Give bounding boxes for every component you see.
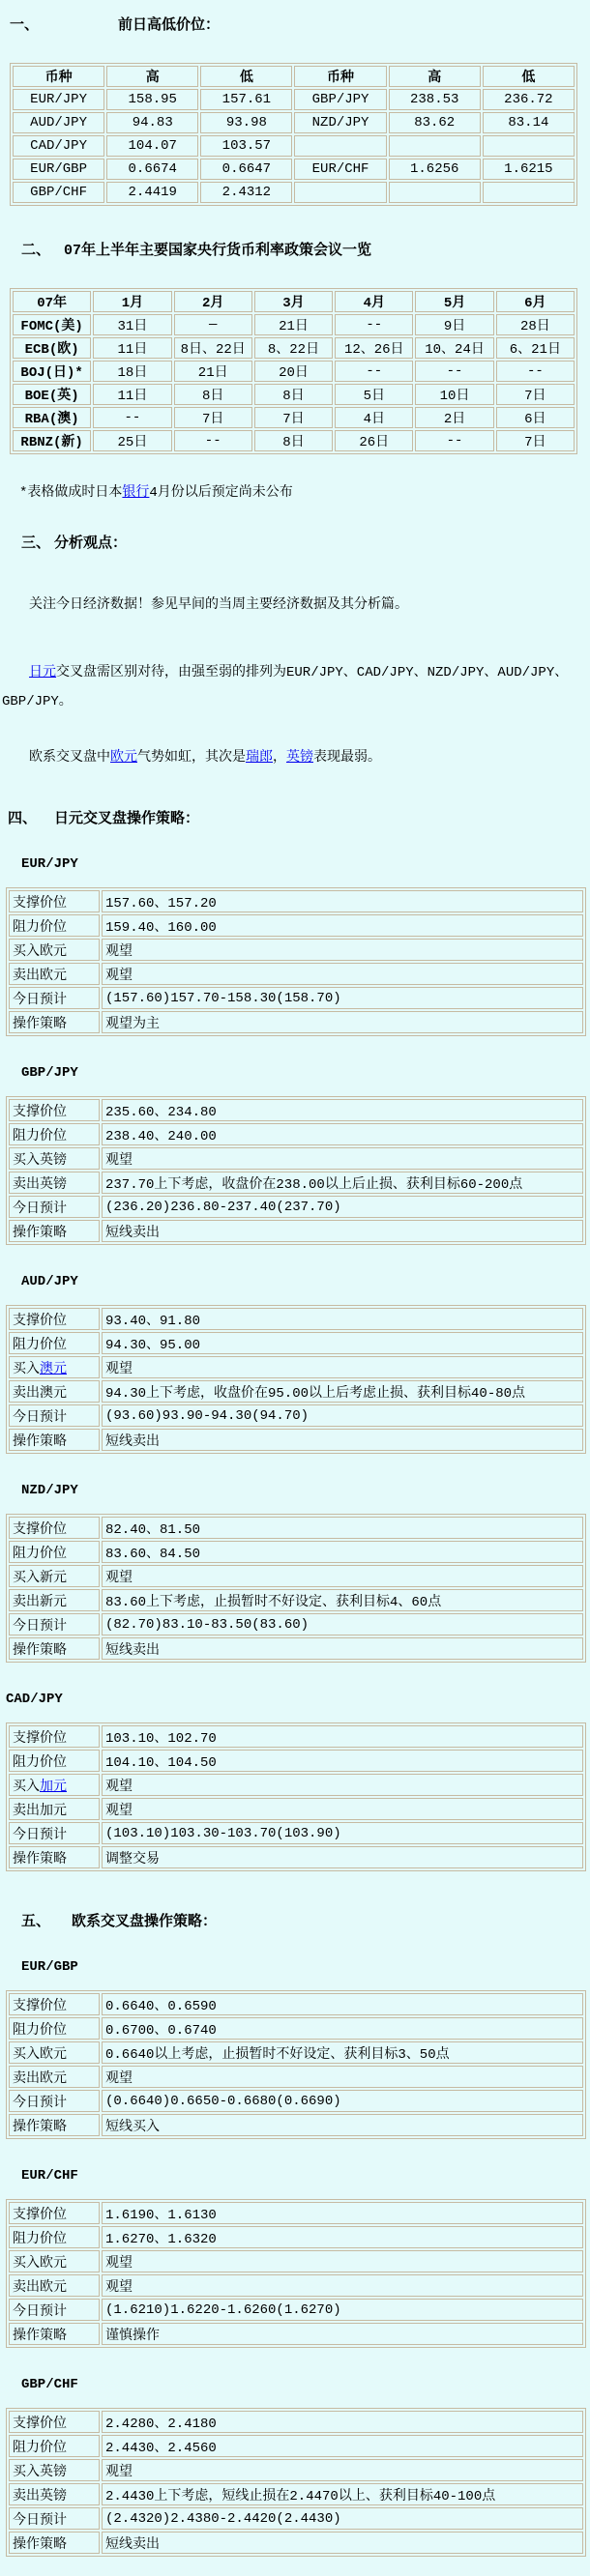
table-cell: 操作策略 <box>9 1220 100 1242</box>
table-cell: 94.30、95.00 <box>102 1332 583 1354</box>
table-cell: 2.4430上下考虑，短线止损在2.4470以上、获利目标40-100点 <box>102 2483 583 2505</box>
table-cell: 卖出欧元 <box>9 963 100 985</box>
table-cell: 今日预计 <box>9 2090 100 2112</box>
table-cell: 阻力价位 <box>9 914 100 937</box>
table-cell: RBNZ(新) <box>13 430 91 451</box>
table-cell: 买入澳元 <box>9 1356 100 1378</box>
table-cell: 157.61 <box>200 89 292 110</box>
table-cell: 235.60、234.80 <box>102 1099 583 1121</box>
table-cell: 104.07 <box>106 135 198 157</box>
table-cell: 买入英镑 <box>9 1147 100 1170</box>
table-cell: 2.4419 <box>106 182 198 203</box>
pair-title-eurchf: EUR/CHF <box>21 2168 590 2184</box>
table-cell: 操作策略 <box>9 2114 100 2136</box>
table-cell: 买入英镑 <box>9 2459 100 2481</box>
prev-day-high-low-table: 币种高低币种高低EUR/JPY158.95157.61GBP/JPY238.53… <box>10 63 577 206</box>
table-cell: 今日预计 <box>9 1822 100 1844</box>
table-cell: 今日预计 <box>9 1613 100 1635</box>
table-cell: 观望 <box>102 2250 583 2272</box>
table-cell: NZD/JPY <box>294 112 386 133</box>
inline-link[interactable]: 澳元 <box>40 1362 67 1377</box>
table-cell: 10、24日 <box>415 337 493 359</box>
column-header: 2月 <box>174 291 252 312</box>
strategy-table-cadjpy: 支撑价位103.10、102.70阻力价位104.10、104.50买入加元观望… <box>6 1722 586 1871</box>
column-header: 低 <box>483 66 575 87</box>
analysis-p3-mid1: 气势如虹，其次是 <box>137 750 246 766</box>
table-cell: -- <box>496 361 575 382</box>
table-cell: GBP/CHF <box>13 182 104 203</box>
table-cell: 阻力价位 <box>9 1123 100 1145</box>
table-cell: 8日 <box>254 384 333 405</box>
section3-title: 分析观点： <box>54 535 127 552</box>
table-cell <box>389 182 481 203</box>
footnote-text-post: 4月份以后预定尚未公布 <box>149 485 292 501</box>
table-cell: 短线买入 <box>102 2114 583 2136</box>
table-cell: 买入欧元 <box>9 939 100 961</box>
section4-title: 日元交叉盘操作策略： <box>54 811 199 827</box>
table-cell: 今日预计 <box>9 987 100 1009</box>
column-header: 低 <box>200 66 292 87</box>
table-cell: ECB(欧) <box>13 337 91 359</box>
table-cell: 1.6215 <box>483 159 575 180</box>
column-header: 3月 <box>254 291 333 312</box>
table-cell: 卖出英镑 <box>9 1172 100 1194</box>
analysis-p3-mid2: ， <box>273 750 286 766</box>
table-cell: 238.53 <box>389 89 481 110</box>
table-cell: 20日 <box>254 361 333 382</box>
table-cell: -- <box>335 361 413 382</box>
table-cell: 103.57 <box>200 135 292 157</box>
table-cell: 卖出新元 <box>9 1589 100 1611</box>
table-cell: 支撑价位 <box>9 1517 100 1539</box>
strategy-table-eurgbp: 支撑价位0.6640、0.6590阻力价位0.6700、0.6740买入欧元0.… <box>6 1990 586 2139</box>
forex-daily-report: 一、前日高低价位： 币种高低币种高低EUR/JPY158.95157.61GBP… <box>0 14 590 2557</box>
table-cell: 支撑价位 <box>9 1099 100 1121</box>
table-cell: (93.60)93.90-94.30(94.70) <box>102 1404 583 1427</box>
table-cell: 6、21日 <box>496 337 575 359</box>
section1-number: 一、 <box>10 17 39 34</box>
table-cell <box>483 135 575 157</box>
section4-heading: 四、日元交叉盘操作策略： <box>8 807 590 827</box>
table-cell: 短线卖出 <box>102 1220 583 1242</box>
table-cell: 6日 <box>496 407 575 428</box>
table-cell: 104.10、104.50 <box>102 1750 583 1772</box>
table-cell: 2.4312 <box>200 182 292 203</box>
table-cell: 观望 <box>102 1565 583 1587</box>
table-cell: 支撑价位 <box>9 1993 100 2015</box>
table-cell: 卖出欧元 <box>9 2274 100 2297</box>
table-cell: 157.60、157.20 <box>102 890 583 912</box>
table-cell: 观望 <box>102 1798 583 1820</box>
table-cell: 卖出欧元 <box>9 2066 100 2088</box>
column-header: 高 <box>106 66 198 87</box>
table-cell: 93.40、91.80 <box>102 1308 583 1330</box>
pair-title-eurgbp: EUR/GBP <box>21 1959 590 1975</box>
analysis-paragraph-3: 欧系交叉盘中欧元气势如虹，其次是瑞郎，英镑表现最弱。 <box>2 743 590 772</box>
column-header: 6月 <box>496 291 575 312</box>
table-cell: 今日预计 <box>9 2507 100 2530</box>
strategy-table-gbpjpy: 支撑价位235.60、234.80阻力价位238.40、240.00买入英镑观望… <box>6 1096 586 1245</box>
table-cell: 买入新元 <box>9 1565 100 1587</box>
table-cell: 阻力价位 <box>9 2435 100 2457</box>
pair-title-audjpy: AUD/JPY <box>21 1274 590 1289</box>
table-cell: (157.60)157.70-158.30(158.70) <box>102 987 583 1009</box>
section5-heading: 五、欧系交叉盘操作策略： <box>21 1910 590 1930</box>
table-cell: 237.70上下考虑，收盘价在238.00以上后止损、获利目标60-200点 <box>102 1172 583 1194</box>
table-cell: -- <box>415 430 493 451</box>
table-cell: 238.40、240.00 <box>102 1123 583 1145</box>
table-cell: 21日 <box>174 361 252 382</box>
table-cell: 阻力价位 <box>9 1750 100 1772</box>
table-cell: RBA(澳) <box>13 407 91 428</box>
pair-title-gbpjpy: GBP/JPY <box>21 1065 590 1081</box>
table-cell: (82.70)83.10-83.50(83.60) <box>102 1613 583 1635</box>
table-cell: -- <box>93 407 171 428</box>
table-cell: 8、22日 <box>254 337 333 359</box>
section2-title: 07年上半年主要国家央行货币利率政策会议一览 <box>64 243 371 259</box>
jpy-link[interactable]: 日元 <box>29 665 56 680</box>
table-cell: GBP/JPY <box>294 89 386 110</box>
table-cell: 操作策略 <box>9 2323 100 2345</box>
strategy-table-nzdjpy: 支撑价位82.40、81.50阻力价位83.60、84.50买入新元观望卖出新元… <box>6 1514 586 1663</box>
table-cell: 阻力价位 <box>9 2017 100 2040</box>
table-cell: 短线卖出 <box>102 1637 583 1660</box>
table-cell: 7日 <box>174 407 252 428</box>
table-cell: 操作策略 <box>9 1429 100 1451</box>
table-cell: 操作策略 <box>9 1637 100 1660</box>
table-cell: 观望 <box>102 2274 583 2297</box>
table-cell: 236.72 <box>483 89 575 110</box>
table-cell: 8日 <box>174 384 252 405</box>
table-cell: 卖出英镑 <box>9 2483 100 2505</box>
table-cell: 观望 <box>102 1147 583 1170</box>
table-cell: 82.40、81.50 <box>102 1517 583 1539</box>
table-cell: 28日 <box>496 314 575 335</box>
table-cell <box>294 135 386 157</box>
table-cell: (103.10)103.30-103.70(103.90) <box>102 1822 583 1844</box>
table-cell: 卖出澳元 <box>9 1380 100 1403</box>
table-cell: 4日 <box>335 407 413 428</box>
section1-title: 前日高低价位： <box>118 17 220 34</box>
table-cell: 25日 <box>93 430 171 451</box>
table-cell: 买入加元 <box>9 1774 100 1796</box>
table-cell: 1.6270、1.6320 <box>102 2226 583 2248</box>
table-cell <box>294 182 386 203</box>
table-cell: 观望 <box>102 2066 583 2088</box>
cell-text: 买入 <box>13 1362 40 1377</box>
table-cell: (2.4320)2.4380-2.4420(2.4430) <box>102 2507 583 2530</box>
table-cell: 观望 <box>102 963 583 985</box>
table-cell: 买入欧元 <box>9 2250 100 2272</box>
table-cell: 0.6700、0.6740 <box>102 2017 583 2040</box>
section3-heading: 三、分析观点： <box>21 532 590 552</box>
section4-number: 四、 <box>8 811 37 827</box>
analysis-p2-text: 交叉盘需区别对待，由强至弱的排列为EUR/JPY、CAD/JPY、NZD/JPY… <box>2 665 568 709</box>
table-cell <box>483 182 575 203</box>
table-cell: 93.98 <box>200 112 292 133</box>
table-cell: AUD/JPY <box>13 112 104 133</box>
pair-title-cadjpy: CAD/JPY <box>6 1692 590 1707</box>
table-cell: 0.6674 <box>106 159 198 180</box>
table-cell: 2日 <box>415 407 493 428</box>
table-cell: 2.4280、2.4180 <box>102 2411 583 2433</box>
table-cell: 11日 <box>93 384 171 405</box>
table-cell: 观望 <box>102 2459 583 2481</box>
table-cell: 观望为主 <box>102 1011 583 1033</box>
column-header: 币种 <box>13 66 104 87</box>
table-cell: 买入欧元 <box>9 2041 100 2064</box>
column-header: 币种 <box>294 66 386 87</box>
table-cell: EUR/JPY <box>13 89 104 110</box>
table-cell: 支撑价位 <box>9 1308 100 1330</box>
table-cell: (236.20)236.80-237.40(237.70) <box>102 1196 583 1218</box>
table-cell <box>389 135 481 157</box>
pair-title-eurjpy: EUR/JPY <box>21 856 590 872</box>
table-cell: 短线卖出 <box>102 2532 583 2554</box>
table-cell: 支撑价位 <box>9 1725 100 1748</box>
section2-number: 二、 <box>21 243 50 259</box>
table-cell: BOE(英) <box>13 384 91 405</box>
pair-title-nzdjpy: NZD/JPY <box>21 1483 590 1498</box>
table-cell: 操作策略 <box>9 1846 100 1868</box>
table-cell: (0.6640)0.6650-0.6680(0.6690) <box>102 2090 583 2112</box>
table-cell: 0.6640、0.6590 <box>102 1993 583 2015</box>
table-cell: 83.60上下考虑，止损暂时不好设定、获利目标4、60点 <box>102 1589 583 1611</box>
strategy-table-eurjpy: 支撑价位157.60、157.20阻力价位159.40、160.00买入欧元观望… <box>6 887 586 1036</box>
column-header: 高 <box>389 66 481 87</box>
table-cell: 31日 <box>93 314 171 335</box>
table-cell: 11日 <box>93 337 171 359</box>
table-cell: 12、26日 <box>335 337 413 359</box>
bank-of-japan-link[interactable]: 银行 <box>122 485 149 501</box>
table-footnote: *表格做成时日本银行4月份以后预定尚未公布 <box>19 481 590 501</box>
column-header: 5月 <box>415 291 493 312</box>
table-cell: 1.6190、1.6130 <box>102 2202 583 2224</box>
table-cell: 阻力价位 <box>9 1332 100 1354</box>
table-cell: 观望 <box>102 1774 583 1796</box>
strategy-table-eurchf: 支撑价位1.6190、1.6130阻力价位1.6270、1.6320买入欧元观望… <box>6 2199 586 2348</box>
table-cell: 158.95 <box>106 89 198 110</box>
table-cell: 83.60、84.50 <box>102 1541 583 1563</box>
section5-title: 欧系交叉盘操作策略： <box>72 1914 217 1930</box>
table-cell: (1.6210)1.6220-1.6260(1.6270) <box>102 2299 583 2321</box>
analysis-paragraph-2: 日元交叉盘需区别对待，由强至弱的排列为EUR/JPY、CAD/JPY、NZD/J… <box>2 658 590 716</box>
table-cell: 阻力价位 <box>9 2226 100 2248</box>
table-cell: -- <box>415 361 493 382</box>
table-cell: 94.30上下考虑，收盘价在95.00以上后考虑止损、获利目标40-80点 <box>102 1380 583 1403</box>
table-cell: -- <box>174 430 252 451</box>
footnote-text-pre: *表格做成时日本 <box>19 485 122 501</box>
table-cell: 调整交易 <box>102 1846 583 1868</box>
table-cell: 7日 <box>496 384 575 405</box>
column-header: 1月 <box>93 291 171 312</box>
table-cell: BOJ(日)* <box>13 361 91 382</box>
table-cell: EUR/CHF <box>294 159 386 180</box>
table-cell: EUR/GBP <box>13 159 104 180</box>
table-cell: 阻力价位 <box>9 1541 100 1563</box>
table-cell: 谨慎操作 <box>102 2323 583 2345</box>
column-header: 07年 <box>13 291 91 312</box>
analysis-p3-pre: 欧系交叉盘中 <box>29 750 110 766</box>
table-cell: 2.4430、2.4560 <box>102 2435 583 2457</box>
table-cell: 8日 <box>254 430 333 451</box>
table-cell: 支撑价位 <box>9 2411 100 2433</box>
table-cell: 观望 <box>102 939 583 961</box>
section2-heading: 二、07年上半年主要国家央行货币利率政策会议一览 <box>21 239 590 259</box>
table-cell: 159.40、160.00 <box>102 914 583 937</box>
table-cell: FOMC(美) <box>13 314 91 335</box>
section3-number: 三、 <box>21 535 50 552</box>
table-cell: 18日 <box>93 361 171 382</box>
table-cell: 7日 <box>254 407 333 428</box>
table-cell: 21日 <box>254 314 333 335</box>
table-cell: 今日预计 <box>9 2299 100 2321</box>
central-bank-meetings-table: 07年1月2月3月4月5月6月FOMC(美)31日—21日--9日28日ECB(… <box>10 288 577 454</box>
table-cell: 94.83 <box>106 112 198 133</box>
table-cell: 5日 <box>335 384 413 405</box>
table-cell: 观望 <box>102 1356 583 1378</box>
column-header: 4月 <box>335 291 413 312</box>
cell-text: 买入 <box>13 1780 40 1795</box>
analysis-p3-post: 表现最弱。 <box>313 750 381 766</box>
table-cell: 1.6256 <box>389 159 481 180</box>
table-cell: 卖出加元 <box>9 1798 100 1820</box>
table-cell: 操作策略 <box>9 1011 100 1033</box>
strategy-table-audjpy: 支撑价位93.40、91.80阻力价位94.30、95.00买入澳元观望卖出澳元… <box>6 1305 586 1454</box>
pair-title-gbpchf: GBP/CHF <box>21 2377 590 2392</box>
eur-link[interactable]: 欧元 <box>110 750 137 766</box>
table-cell: 26日 <box>335 430 413 451</box>
table-cell: 支撑价位 <box>9 2202 100 2224</box>
table-cell: 83.62 <box>389 112 481 133</box>
chf-link[interactable]: 瑞郎 <box>246 750 273 766</box>
table-cell: 9日 <box>415 314 493 335</box>
inline-link[interactable]: 加元 <box>40 1780 67 1795</box>
section1-heading: 一、前日高低价位： <box>10 14 590 34</box>
table-cell: 10日 <box>415 384 493 405</box>
table-cell: 0.6640以上考虑，止损暂时不好设定、获利目标3、50点 <box>102 2041 583 2064</box>
table-cell: 短线卖出 <box>102 1429 583 1451</box>
table-cell: 今日预计 <box>9 1404 100 1427</box>
table-cell: 0.6647 <box>200 159 292 180</box>
table-cell: 今日预计 <box>9 1196 100 1218</box>
table-cell: 7日 <box>496 430 575 451</box>
table-cell: -- <box>335 314 413 335</box>
table-cell: — <box>174 314 252 335</box>
strategy-table-gbpchf: 支撑价位2.4280、2.4180阻力价位2.4430、2.4560买入英镑观望… <box>6 2408 586 2557</box>
table-cell: 操作策略 <box>9 2532 100 2554</box>
table-cell: 8日、22日 <box>174 337 252 359</box>
section5-number: 五、 <box>21 1914 50 1930</box>
table-cell: 103.10、102.70 <box>102 1725 583 1748</box>
table-cell: 支撑价位 <box>9 890 100 912</box>
analysis-paragraph-1: 关注今日经济数据！参见早间的当周主要经济数据及其分析篇。 <box>2 591 590 620</box>
table-cell: 83.14 <box>483 112 575 133</box>
gbp-link[interactable]: 英镑 <box>286 750 313 766</box>
table-cell: CAD/JPY <box>13 135 104 157</box>
